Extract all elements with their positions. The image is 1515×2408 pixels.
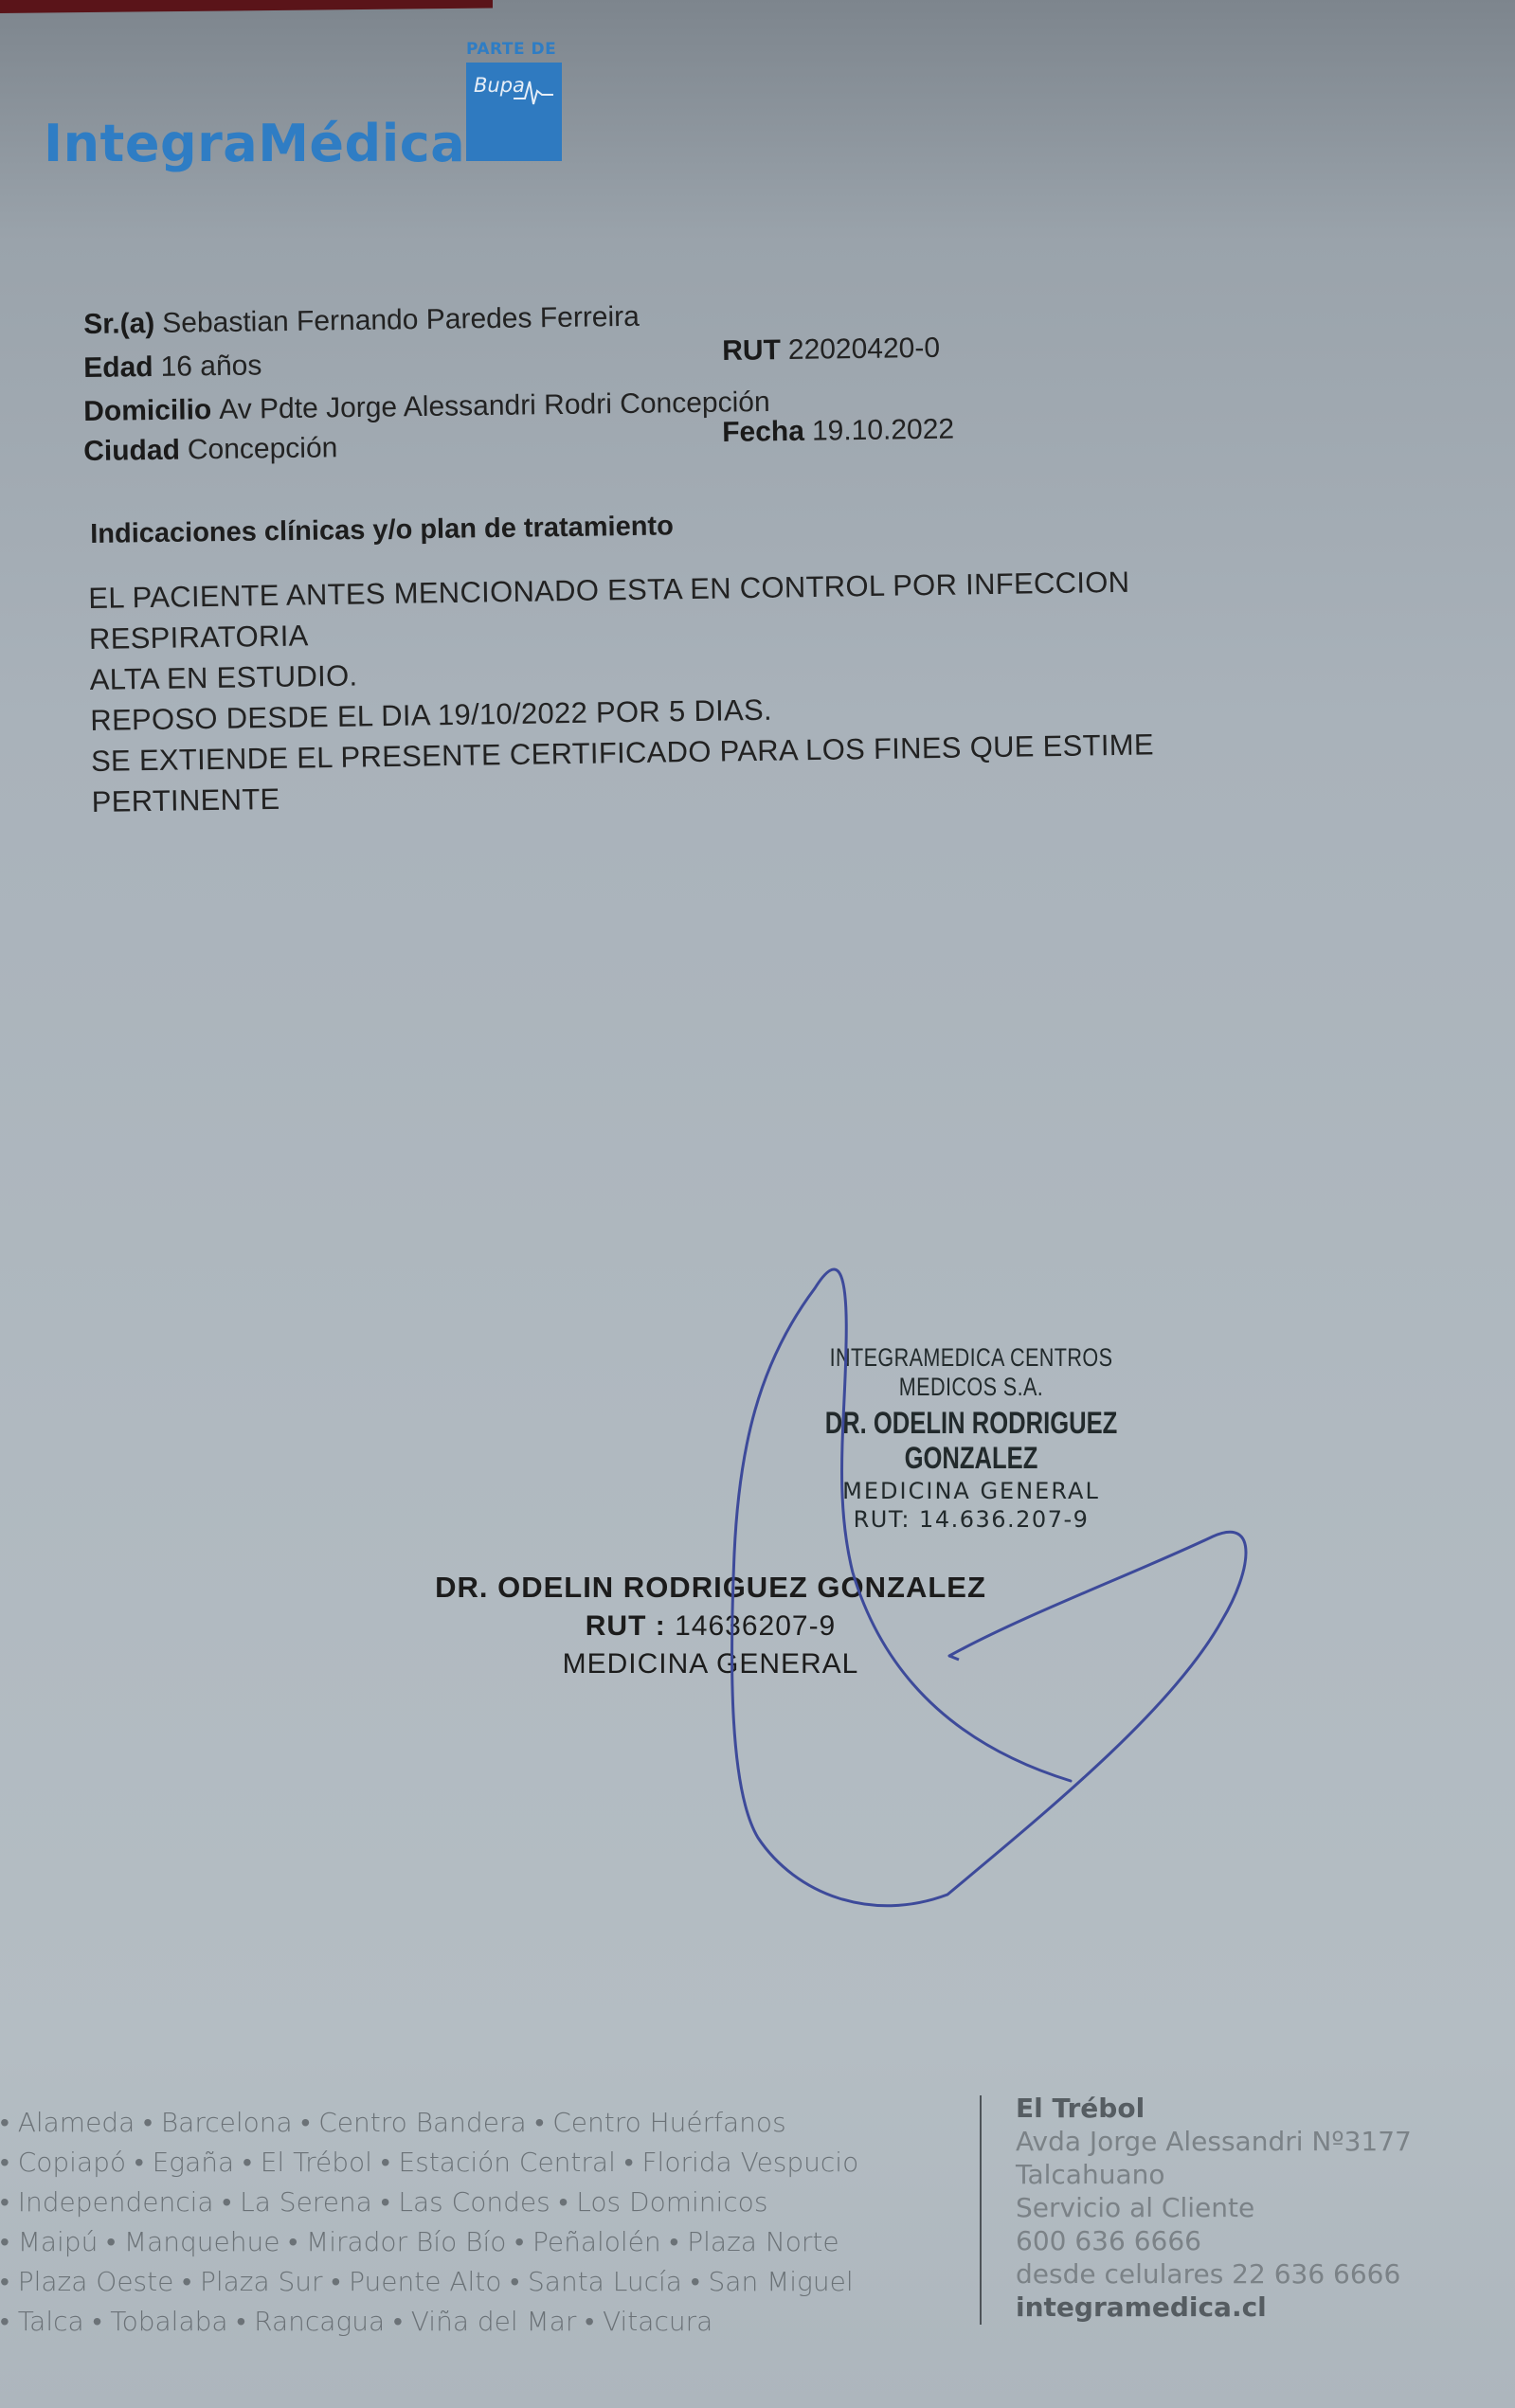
medical-certificate: IntegraMédica PARTE DE Bupa Sr.(a)Sebast… [0,0,1515,2408]
address-label: Domicilio [83,394,211,427]
patient-city: Concepción [188,432,338,465]
certificate-date: 19.10.2022 [812,414,955,447]
branch-city: Talcahuano [1016,2158,1412,2191]
bupa-logo: Bupa [466,63,562,161]
patient-city-row: CiudadConcepción [83,432,338,468]
name-label: Sr.(a) [83,308,154,340]
footer-divider [980,2095,982,2325]
mobile-phone: desde celulares 22 636 6666 [1016,2257,1412,2291]
patient-address: Av Pdte Jorge Alessandri Rodri Concepció… [219,386,770,425]
integramedica-logo: IntegraMédica [44,114,465,173]
doctor-specialty: MEDICINA GENERAL [407,1648,1014,1680]
indications-body: EL PACIENTE ANTES MENCIONADO ESTA EN CON… [88,559,1276,822]
city-label: Ciudad [83,435,180,467]
stamp-rut: RUT: 14.636.207-9 [748,1506,1194,1533]
service-phone: 600 636 6666 [1016,2224,1412,2257]
date-row: Fecha19.10.2022 [722,414,954,449]
stamp-doctor: DR. ODELIN RODRIGUEZ GONZALEZ [793,1406,1149,1476]
rut-label: RUT [722,334,781,367]
branch-address: Avda Jorge Alessandri Nº3177 [1016,2125,1412,2158]
patient-name: Sebastian Fernando Paredes Ferreira [162,301,640,339]
branch-line: • Independencia • La Serena • Las Condes… [0,2183,858,2222]
doctor-name: DR. ODELIN RODRIGUEZ GONZALEZ [407,1571,1014,1605]
contact-info: El Trébol Avda Jorge Alessandri Nº3177 T… [1016,2092,1412,2324]
date-label: Fecha [722,416,804,448]
indications-title: Indicaciones clínicas y/o plan de tratam… [90,511,674,550]
stamp-company: INTEGRAMEDICA CENTROS MEDICOS S.A. [793,1343,1149,1402]
heartbeat-icon [504,70,561,108]
doctor-rut: 14636207-9 [675,1610,836,1642]
branch-list: • Alameda • Barcelona • Centro Bandera •… [0,2103,858,2342]
branch-line: • Copiapó • Egaña • El Trébol • Estación… [0,2143,858,2183]
doctor-signature-block: DR. ODELIN RODRIGUEZ GONZALEZ RUT : 1463… [407,1571,1014,1680]
patient-age: 16 años [160,350,262,382]
website-link[interactable]: integramedica.cl [1016,2291,1412,2324]
branch-line: • Alameda • Barcelona • Centro Bandera •… [0,2103,858,2143]
patient-age-row: Edad16 años [83,350,262,385]
parent-label: PARTE DE [466,40,556,59]
branch-name: El Trébol [1016,2092,1412,2125]
stamp-specialty: MEDICINA GENERAL [748,1478,1194,1504]
branch-line: • Maipú • Manquehue • Mirador Bío Bío • … [0,2222,858,2262]
branch-line: • Talca • Tobalaba • Rancagua • Viña del… [0,2302,858,2342]
branch-line: • Plaza Oeste • Plaza Sur • Puente Alto … [0,2262,858,2302]
patient-rut-row: RUT22020420-0 [722,332,940,368]
doctor-stamp: INTEGRAMEDICA CENTROS MEDICOS S.A. DR. O… [748,1343,1194,1533]
age-label: Edad [83,351,153,384]
doctor-rut-label: RUT [586,1610,647,1642]
doctor-rut-separator: : [656,1610,666,1642]
patient-address-row: DomicilioAv Pdte Jorge Alessandri Rodri … [83,386,770,428]
doctor-rut-row: RUT : 14636207-9 [407,1610,1014,1643]
service-label: Servicio al Cliente [1016,2191,1412,2224]
patient-rut: 22020420-0 [788,332,941,366]
patient-name-row: Sr.(a)Sebastian Fernando Paredes Ferreir… [83,301,640,341]
